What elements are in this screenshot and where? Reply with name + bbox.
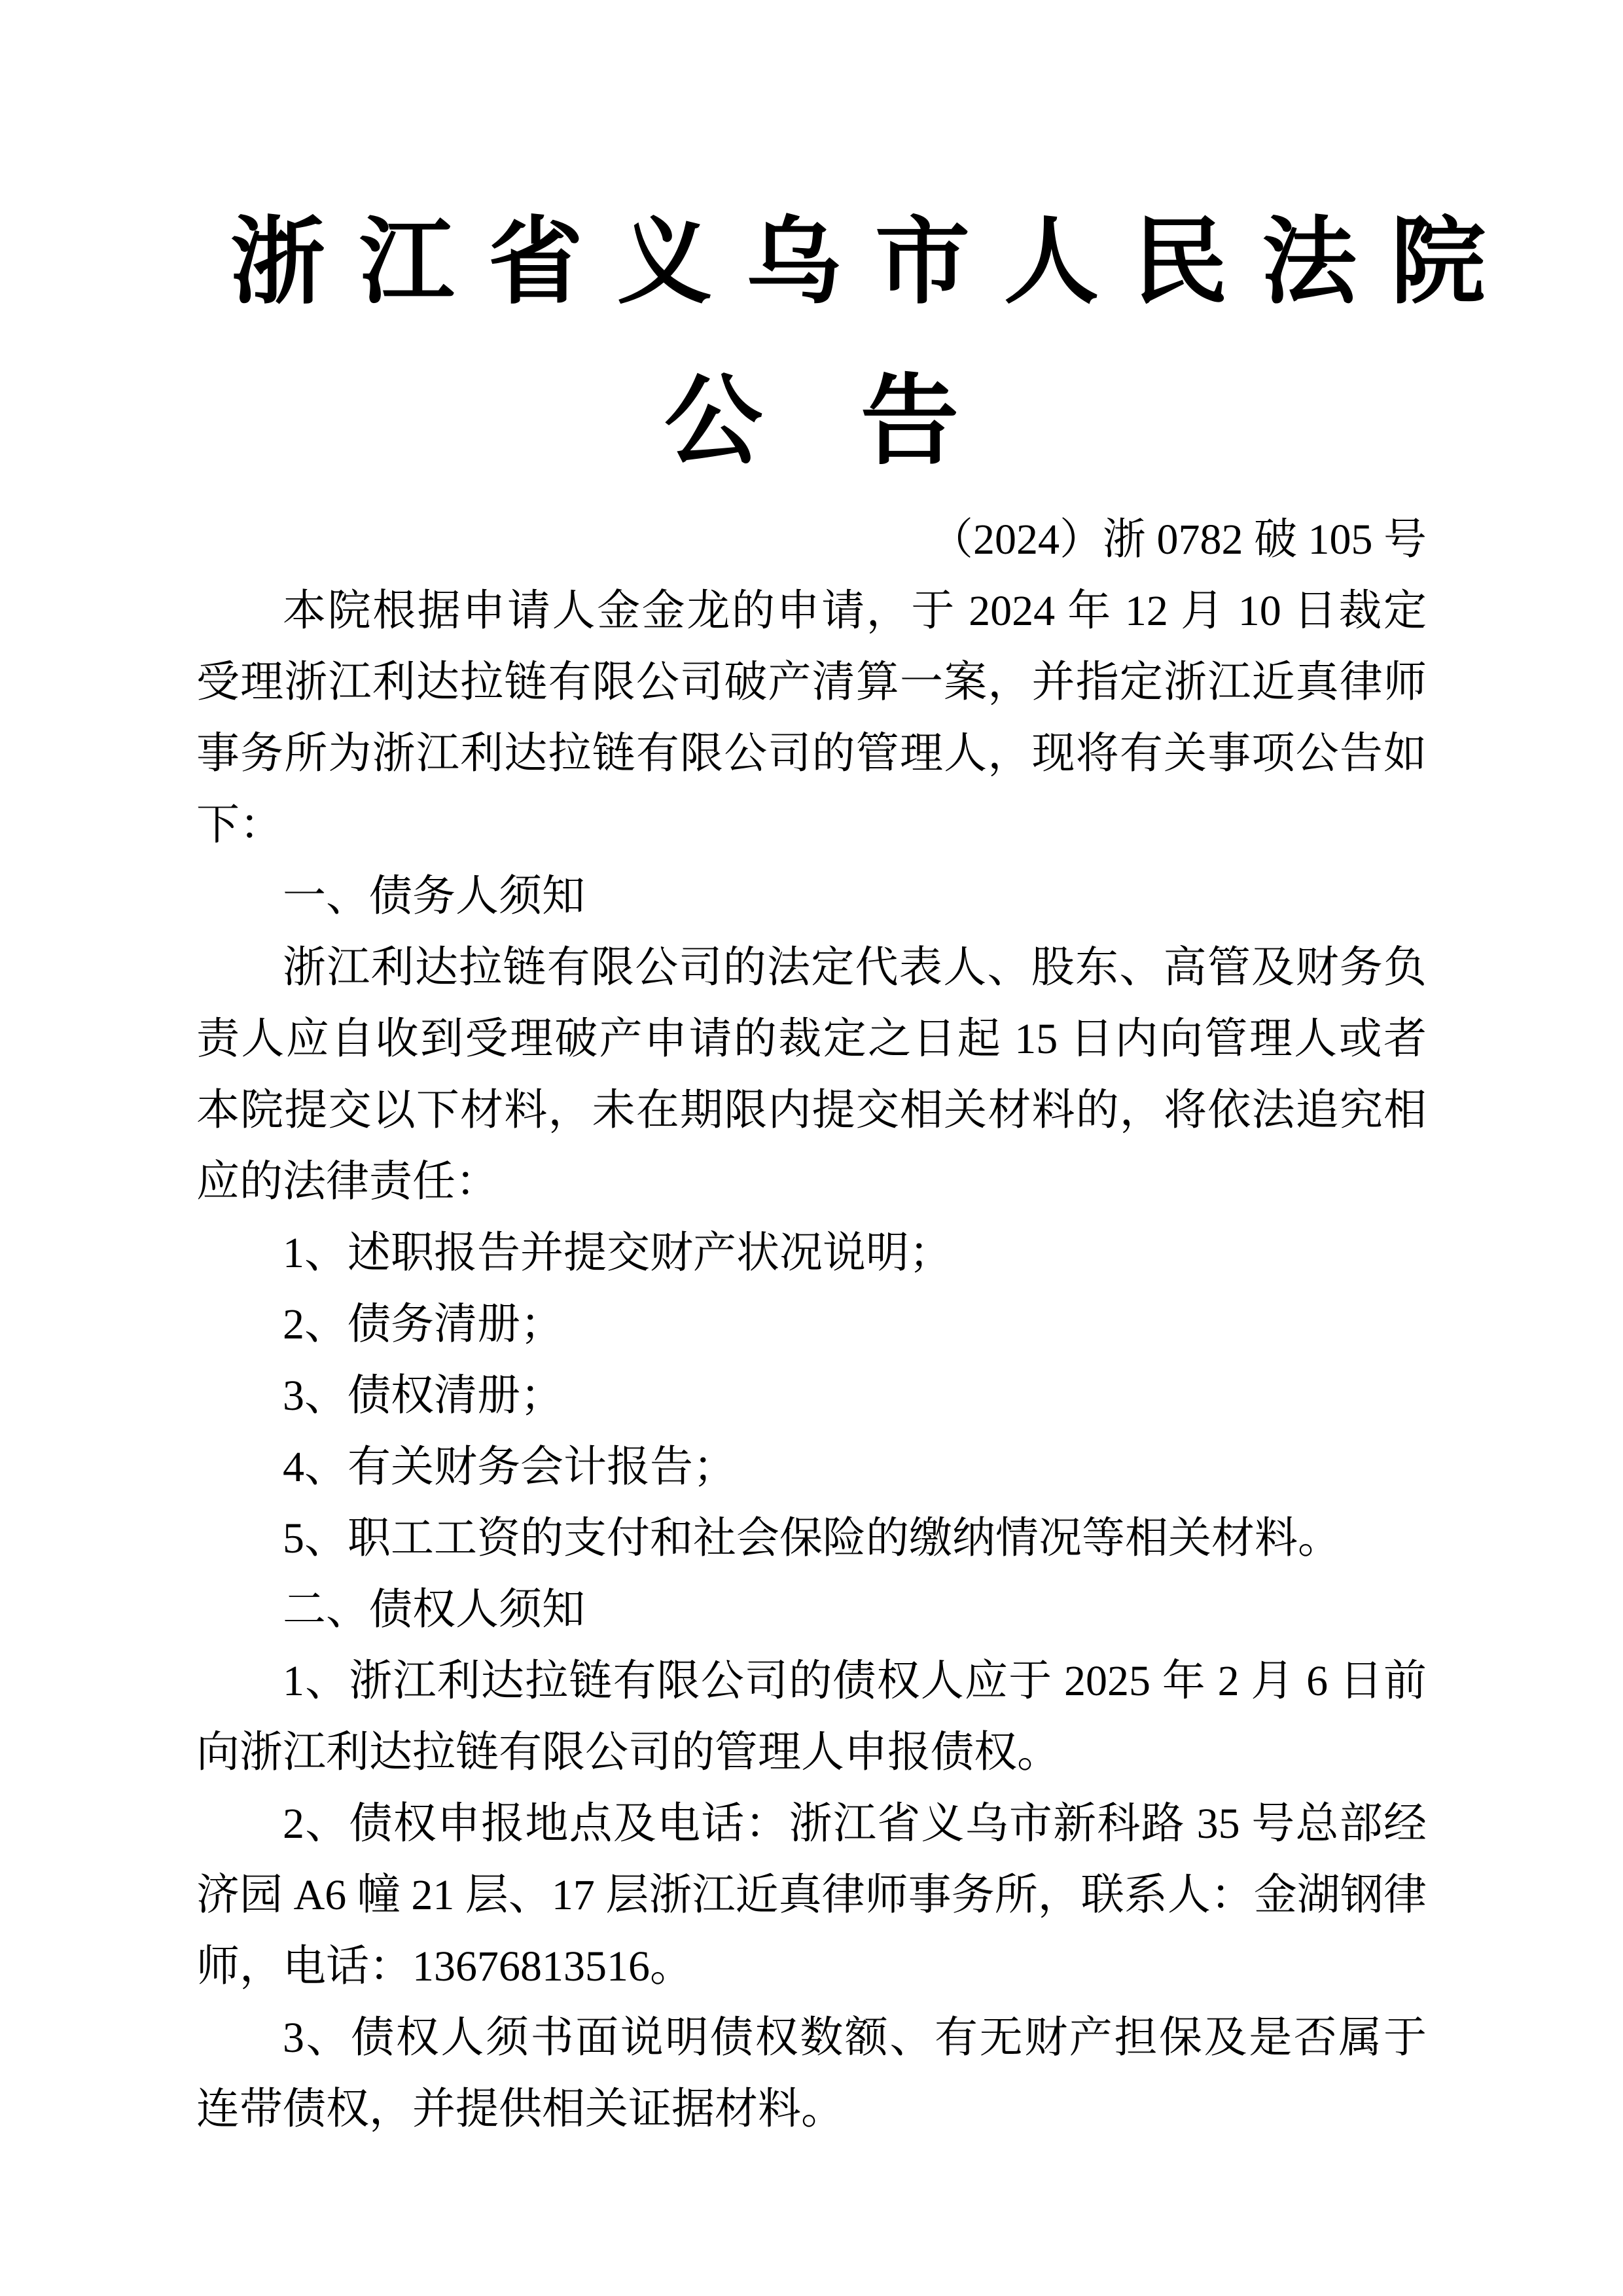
section-2-item-3: 3、债权人须书面说明债权数额、有无财产担保及是否属于连带债权，并提供相关证据材料…: [196, 2002, 1427, 2145]
section-1-body: 浙江利达拉链有限公司的法定代表人、股东、高管及财务负责人应自收到受理破产申请的裁…: [196, 932, 1427, 1217]
section-1-item-2: 2、债务清册；: [196, 1289, 1427, 1360]
section-2-item-2: 2、债权申报地点及电话：浙江省义乌市新科路 35 号总部经济园 A6 幢 21 …: [196, 1788, 1427, 2002]
notice-title: 公告: [196, 373, 1427, 471]
document-content: 浙江省义乌市人民法院 公告 （2024）浙 0782 破 105 号 本院根据申…: [196, 216, 1427, 2145]
court-name-title: 浙江省义乌市人民法院: [196, 216, 1427, 311]
section-1-item-5: 5、职工工资的支付和社会保险的缴纳情况等相关材料。: [196, 1503, 1427, 1574]
section-1-item-4: 4、有关财务会计报告；: [196, 1431, 1427, 1503]
case-number: （2024）浙 0782 破 105 号: [196, 504, 1427, 575]
section-1-item-1: 1、述职报告并提交财产状况说明；: [196, 1217, 1427, 1289]
court-announcement-page: 浙江省义乌市人民法院 公告 （2024）浙 0782 破 105 号 本院根据申…: [0, 0, 1623, 2296]
section-1-item-3: 3、债权清册；: [196, 1360, 1427, 1431]
intro-paragraph: 本院根据申请人金金龙的申请，于 2024 年 12 月 10 日裁定受理浙江利达…: [196, 575, 1427, 861]
announcement-body: 本院根据申请人金金龙的申请，于 2024 年 12 月 10 日裁定受理浙江利达…: [196, 575, 1427, 2145]
section-1-heading: 一、债务人须知: [196, 861, 1427, 932]
section-2-item-1: 1、浙江利达拉链有限公司的债权人应于 2025 年 2 月 6 日前向浙江利达拉…: [196, 1645, 1427, 1788]
section-2-heading: 二、债权人须知: [196, 1574, 1427, 1645]
